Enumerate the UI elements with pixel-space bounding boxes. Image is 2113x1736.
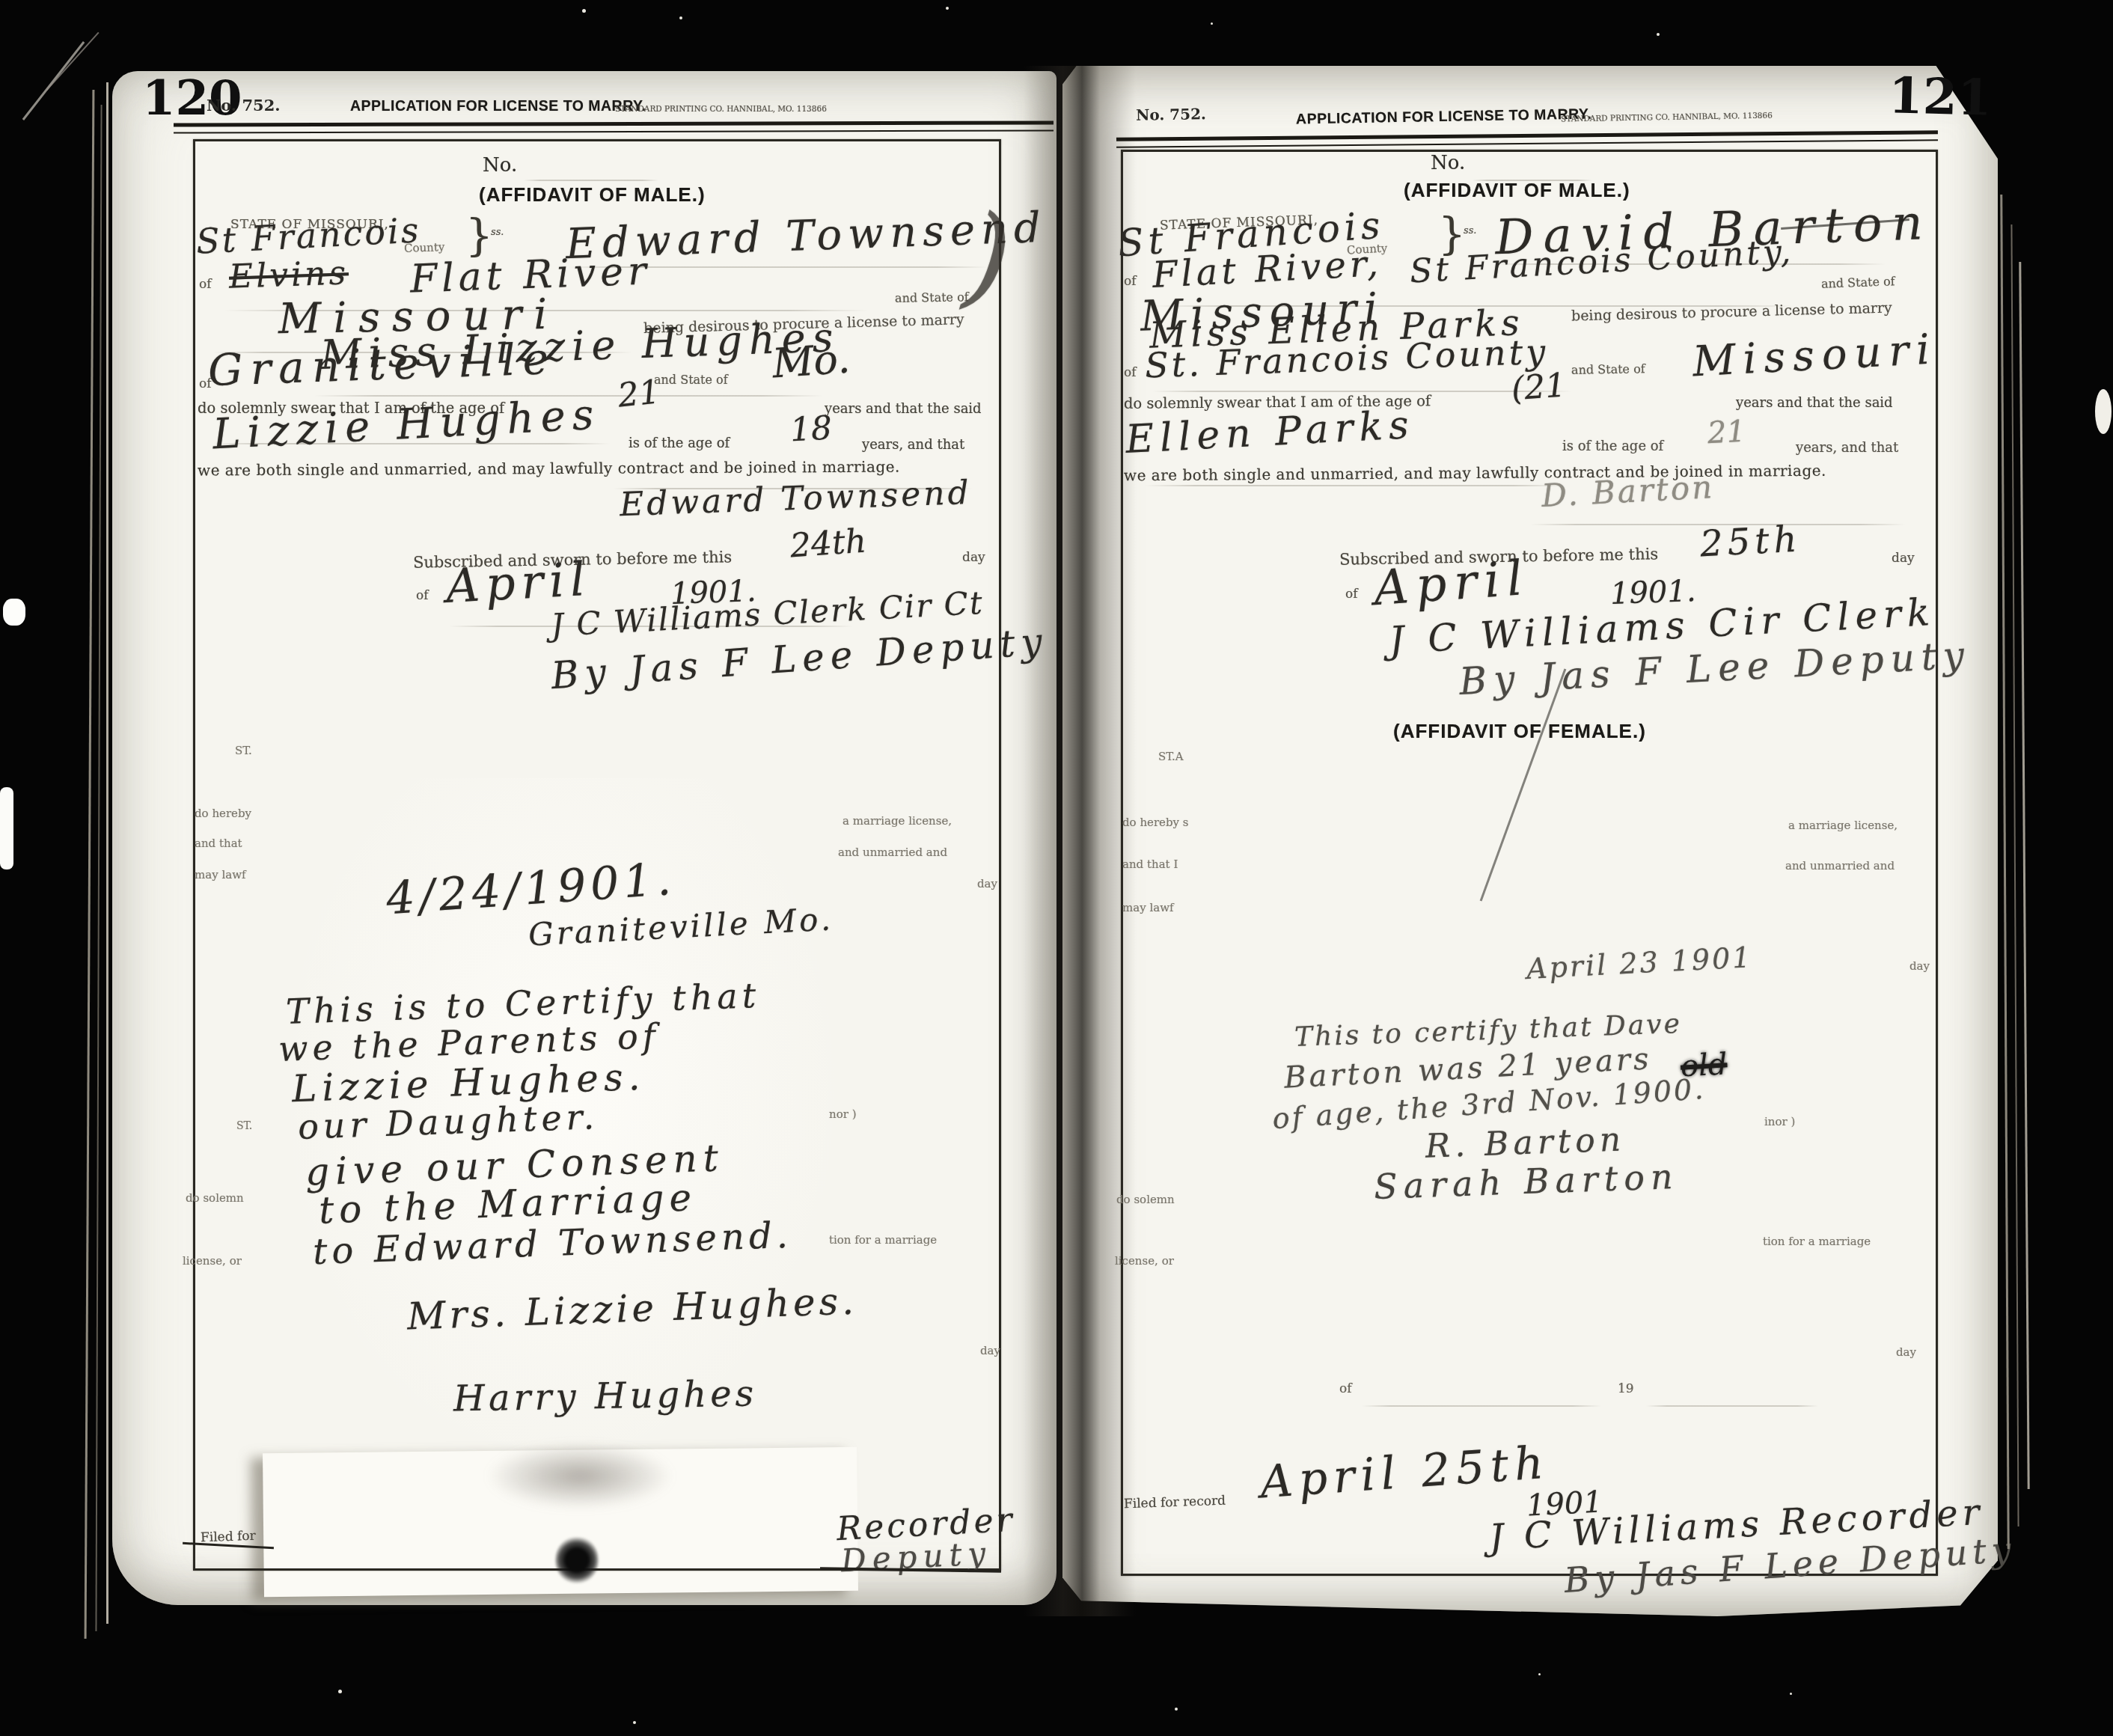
sworn-month-entry: April <box>1372 554 1532 613</box>
form-number: No. 752. <box>207 97 281 113</box>
consent-line-4: our Daughter. <box>297 1099 599 1144</box>
right-page-edge <box>2000 195 2009 1549</box>
right-page-edge <box>2019 262 2029 1489</box>
ss-brace: } <box>465 214 493 257</box>
single-unmarried-line: we are both single and unmarried, and ma… <box>198 459 900 478</box>
and-state-of-1: and State of <box>895 291 969 305</box>
years-that-label: years, and that <box>1796 441 1898 455</box>
frag-day-low: day <box>1896 1347 1916 1358</box>
and-state-of-2: and State of <box>1571 363 1645 376</box>
frag-tion-marriage: tion for a marriage <box>1763 1236 1871 1247</box>
frag-unmarried: and unmarried and <box>1785 861 1895 872</box>
frag-st-a: ST.A <box>1158 751 1184 762</box>
frag-tion-marriage: tion for a marriage <box>829 1235 937 1246</box>
no-label: No. <box>1431 153 1465 173</box>
ink-blot <box>555 1535 599 1585</box>
of-label-1: of <box>1124 275 1137 288</box>
years-that-label: years, and that <box>862 438 964 452</box>
spine-corner-streak <box>46 32 99 91</box>
struck-residence-entry: Elvins <box>228 257 349 294</box>
frag-and-that: and that I <box>1122 859 1178 870</box>
frag-marriage-license: a marriage license, <box>1788 820 1898 831</box>
day-label: day <box>1892 552 1915 565</box>
spine-page-edge <box>95 105 102 1631</box>
sworn-day-entry: 25th <box>1699 521 1802 562</box>
no-label: No. <box>483 156 517 175</box>
right-page-edge <box>2010 224 2019 1526</box>
dust-speck <box>679 16 682 19</box>
frag-solemn: do solemn <box>1116 1194 1175 1205</box>
filed-for-record-label: Filed for record <box>1124 1495 1226 1512</box>
spine-page-edge <box>85 90 95 1639</box>
frag-day-mid: day <box>1909 961 1930 972</box>
of-label-3: of <box>1345 588 1358 601</box>
frag-license-or: license, or <box>1115 1256 1174 1267</box>
filed-for-label: Filed for <box>201 1530 256 1545</box>
blank-line <box>1152 391 1571 392</box>
nineteen-label: 19 <box>1618 1383 1634 1396</box>
blank-line <box>524 180 658 181</box>
scan-artifact <box>3 599 25 626</box>
book-scan: 120 No. 752. APPLICATION FOR LICENSE TO … <box>0 0 2113 1736</box>
affidavit-female-heading: (AFFIDAVIT OF FEMALE.) <box>1393 721 1646 741</box>
and-state-of-1: and State of <box>1821 275 1895 290</box>
bride-state-entry: Mo. <box>771 338 851 384</box>
frag-solemn: do solemn <box>186 1193 244 1204</box>
frag-day-low: day <box>980 1345 1000 1357</box>
single-unmarried-line: we are both single and unmarried, and ma… <box>1124 463 1826 483</box>
blank-line <box>1362 1405 1601 1407</box>
form-title: APPLICATION FOR LICENSE TO MARRY. <box>350 100 646 114</box>
ss-label: ss. <box>491 227 504 237</box>
dust-speck <box>1538 1673 1541 1675</box>
sworn-day-entry: 24th <box>789 525 868 563</box>
dust-speck <box>1175 1708 1178 1711</box>
dust-speck <box>582 9 586 13</box>
day-label: day <box>962 551 985 564</box>
certify-signature-1: R. Barton <box>1425 1123 1626 1163</box>
dust-speck <box>1657 33 1660 36</box>
ss-label: ss. <box>1464 226 1476 236</box>
is-of-age-label: is of the age of <box>1562 440 1663 453</box>
frag-may-lawf: may lawf <box>195 869 246 881</box>
of-label-1: of <box>199 278 212 291</box>
frag-st-1: ST. <box>235 745 252 757</box>
is-of-age-label: is of the age of <box>629 437 730 450</box>
years-said-label: years and that the said <box>825 403 982 416</box>
frag-minor: nor ) <box>829 1109 856 1120</box>
of-label-2: of <box>1124 367 1137 379</box>
frag-may-lawf: may lawf <box>1122 902 1174 914</box>
dust-speck <box>338 1690 342 1693</box>
frag-marriage-license: a marriage license, <box>843 816 952 827</box>
scan-artifact <box>2095 389 2112 434</box>
frag-license-or: license, or <box>183 1256 242 1267</box>
consent-signature-2: Harry Hughes <box>453 1375 758 1416</box>
sworn-month-entry: April <box>445 556 593 610</box>
frag-minor: inor ) <box>1764 1116 1795 1128</box>
scan-artifact <box>0 787 13 869</box>
affidavit-male-heading: (AFFIDAVIT OF MALE.) <box>1404 180 1630 200</box>
printer-imprint: STANDARD PRINTING CO. HANNIBAL, MO. 1138… <box>615 106 827 114</box>
frag-and-that: and that <box>195 838 242 849</box>
spine-page-edge <box>106 82 108 1624</box>
dust-speck <box>1790 1693 1792 1695</box>
groom-age-entry: 21 <box>617 376 661 413</box>
and-state-of-2: and State of <box>654 374 728 386</box>
book-gutter-shadow <box>1024 66 1136 1616</box>
frag-st-2: ST. <box>236 1121 252 1131</box>
frag-unmarried: and unmarried and <box>838 847 947 858</box>
dust-speck <box>633 1721 636 1724</box>
form-number: No. 752. <box>1136 106 1206 123</box>
affidavit-male-heading: (AFFIDAVIT OF MALE.) <box>479 185 706 204</box>
page-number: 121 <box>1888 70 1992 123</box>
frag-day-mid: day <box>977 878 997 890</box>
bride-state-entry: Missouri <box>1692 328 1939 383</box>
of-label-3: of <box>416 590 429 602</box>
bride-age-entry: 18 <box>789 412 833 447</box>
groom-age-entry: (21 <box>1511 370 1568 406</box>
bride-residence-entry: Graniteville <box>207 337 557 392</box>
blank-line <box>1145 485 1564 486</box>
of-label-4: of <box>1339 1383 1352 1396</box>
frag-do-hereby: do hereby s <box>1122 817 1189 828</box>
blank-line <box>1646 1405 1818 1407</box>
groom-signature: D. Barton <box>1541 471 1715 512</box>
dust-speck <box>1211 22 1213 25</box>
years-said-label: years and that the said <box>1736 397 1893 410</box>
frag-do-hereby: do hereby <box>195 808 251 819</box>
bride-age-entry: 21 <box>1707 417 1746 449</box>
dust-speck <box>946 7 949 10</box>
certify-signature-2: Sarah Barton <box>1373 1159 1679 1204</box>
